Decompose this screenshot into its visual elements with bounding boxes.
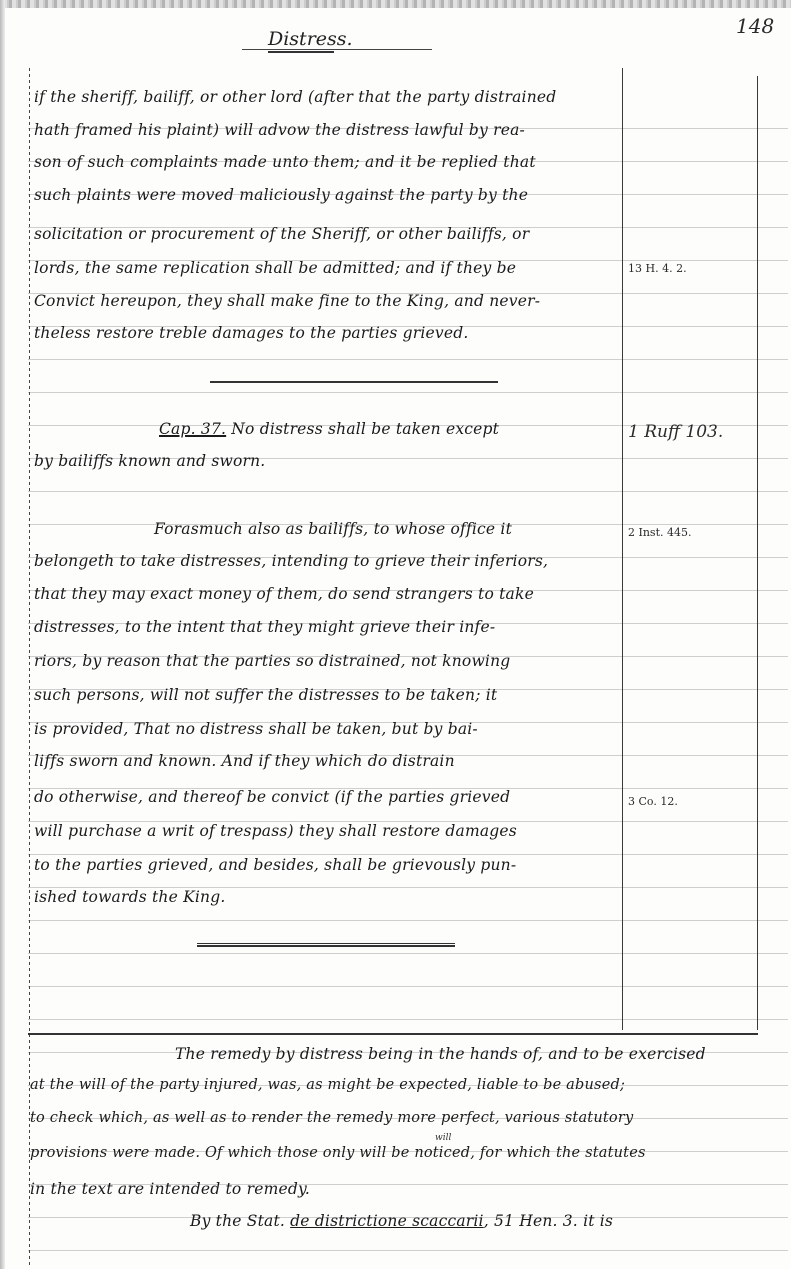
text-line: will purchase a writ of trespass) they s…: [34, 822, 517, 840]
commentary-divider: [28, 1033, 758, 1035]
text-line: at the will of the party injured, was, a…: [30, 1077, 625, 1093]
text-line: to check which, as well as to render the…: [30, 1110, 633, 1126]
margin-citation: 13 H. 4. 2.: [628, 262, 687, 275]
text-line: is provided, That no distress shall be t…: [34, 720, 478, 738]
margin-column-line: [622, 68, 623, 1030]
text-line: such persons, will not suffer the distre…: [34, 686, 497, 704]
text-line: belongeth to take distresses, intending …: [34, 552, 548, 570]
section-divider-1: [210, 381, 498, 383]
chapter-heading-line: Cap. 37. No distress shall be taken exce…: [159, 420, 499, 438]
text-line: liffs sworn and known. And if they which…: [34, 752, 455, 770]
text-line: provisions were made. Of which those onl…: [30, 1145, 646, 1161]
text-line: lords, the same replication shall be adm…: [34, 259, 516, 277]
right-column-line: [757, 76, 758, 1030]
page-number: 148: [736, 14, 774, 38]
text-line: hath framed his plaint) will advow the d…: [34, 121, 525, 139]
text-line: to the parties grieved, and besides, sha…: [34, 856, 516, 874]
text-line: in the text are intended to remedy.: [30, 1180, 310, 1198]
statute-prefix: By the Stat.: [190, 1212, 285, 1230]
text-line: that they may exact money of them, do se…: [34, 585, 534, 603]
margin-citation: 1 Ruff 103.: [628, 422, 723, 442]
text-line: ished towards the King.: [34, 888, 225, 906]
text-line: son of such complaints made unto them; a…: [34, 153, 536, 171]
text-line: solicitation or procurement of the Sheri…: [34, 225, 529, 243]
chapter-heading: Cap. 37.: [159, 420, 226, 438]
text-line: Forasmuch also as bailiffs, to whose off…: [154, 520, 512, 538]
chapter-summary: No distress shall be taken except: [231, 420, 499, 438]
page-title: Distress.: [268, 28, 353, 50]
section-divider-2: [197, 943, 455, 947]
margin-citation: 2 Inst. 445.: [628, 526, 691, 539]
chapter-summary-cont: by bailiffs known and sworn.: [34, 452, 265, 470]
text-line: riors, by reason that the parties so dis…: [34, 652, 510, 670]
scan-edge-left: [0, 0, 5, 1269]
title-underline-bold: [268, 51, 334, 53]
text-line: Convict hereupon, they shall make fine t…: [34, 292, 540, 310]
text-line: such plaints were moved maliciously agai…: [34, 186, 528, 204]
text-line: if the sheriff, bailiff, or other lord (…: [34, 88, 556, 106]
interlinear-insertion: will: [435, 1133, 451, 1143]
statute-name: de districtione scaccarii: [290, 1212, 484, 1230]
text-line: do otherwise, and thereof be convict (if…: [34, 788, 510, 806]
margin-citation: 3 Co. 12.: [628, 795, 678, 808]
text-line-statute-ref: By the Stat. de districtione scaccarii, …: [190, 1212, 613, 1230]
scan-edge: [0, 0, 791, 8]
text-line: theless restore treble damages to the pa…: [34, 324, 468, 342]
text-line: The remedy by distress being in the hand…: [175, 1045, 706, 1063]
title-underline: [242, 49, 432, 50]
statute-suffix: , 51 Hen. 3. it is: [484, 1212, 613, 1230]
text-line: distresses, to the intent that they migh…: [34, 618, 495, 636]
